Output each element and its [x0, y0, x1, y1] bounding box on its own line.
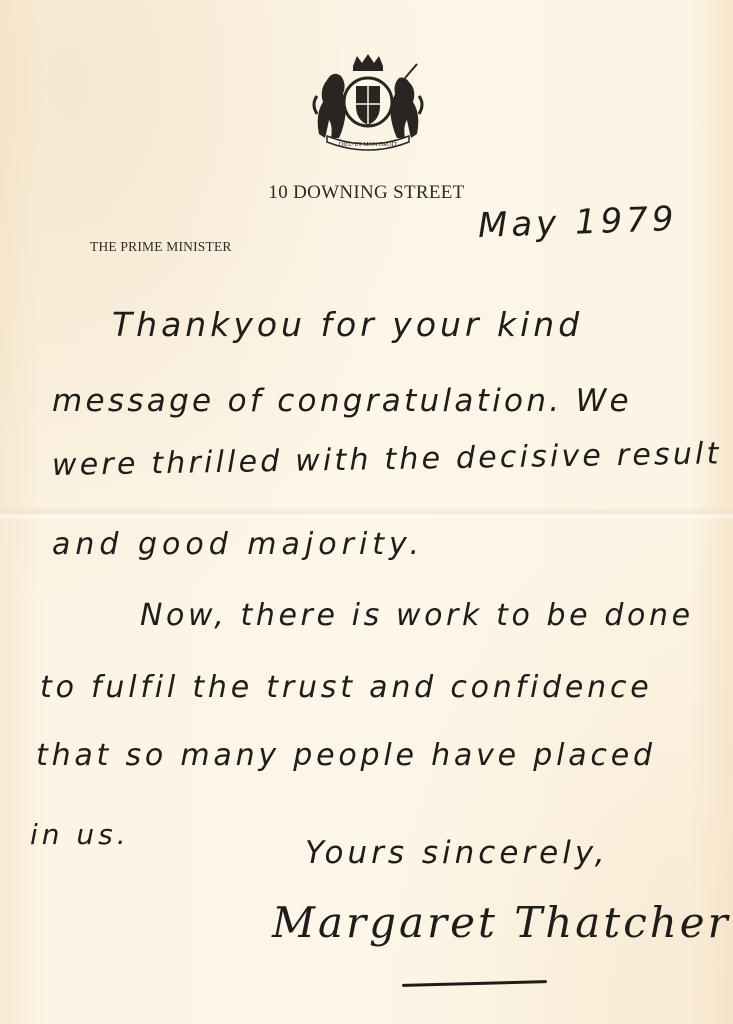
- letter-closing: Yours sincerely,: [305, 835, 609, 871]
- body-line-4: and good majority.: [52, 527, 424, 562]
- body-line-3: were thrilled with the decisive result: [52, 436, 722, 483]
- body-line-5: Now, there is work to be done: [140, 598, 694, 633]
- signature: Margaret Thatcher: [272, 898, 731, 947]
- address-text: 10 DOWNING STREET: [268, 182, 464, 203]
- paper-fold-crease: [0, 507, 733, 521]
- royal-coat-of-arms-icon: DIEU ET MON DROIT: [309, 54, 427, 152]
- body-line-7: that so many people have placed: [36, 738, 656, 773]
- body-line-2: message of congratulation. We: [52, 383, 632, 419]
- motto-text: DIEU ET MON DROIT: [339, 142, 398, 148]
- body-line-8: in us.: [30, 818, 130, 851]
- letter-date: May 1979: [477, 199, 678, 246]
- letterhead-office: THE PRIME MINISTER: [90, 239, 232, 255]
- body-line-6: to fulfil the trust and confidence: [40, 670, 653, 705]
- body-line-1: Thankyou for your kind: [112, 305, 583, 344]
- signature-underline: [402, 980, 547, 987]
- letter-page: DIEU ET MON DROIT 10 DOWNING STREET THE …: [0, 0, 733, 1024]
